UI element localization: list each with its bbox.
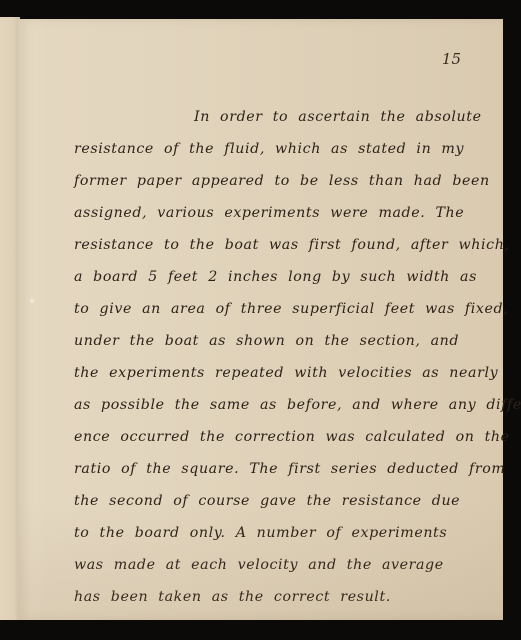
text-line: to the board only. A number of experimen… — [74, 517, 484, 549]
text-line: the experiments repeated with velocities… — [74, 357, 484, 389]
text-line: ence occurred the correction was calcula… — [74, 421, 484, 453]
text-line: was made at each velocity and the averag… — [74, 549, 484, 581]
binding-hole — [30, 299, 34, 303]
text-line: the second of course gave the resistance… — [74, 485, 484, 517]
text-line: ratio of the square. The first series de… — [74, 453, 484, 485]
handwritten-paragraph: In order to ascertain the absolute resis… — [74, 101, 484, 613]
manuscript-page: 15 In order to ascertain the absolute re… — [18, 19, 503, 620]
text-line: resistance to the boat was first found, … — [74, 229, 484, 261]
text-line: former paper appeared to be less than ha… — [74, 165, 484, 197]
text-line: a board 5 feet 2 inches long by such wid… — [74, 261, 484, 293]
text-line: In order to ascertain the absolute — [74, 101, 484, 133]
text-line: to give an area of three superficial fee… — [74, 293, 484, 325]
page-number: 15 — [442, 50, 461, 68]
text-line: as possible the same as before, and wher… — [74, 389, 484, 421]
text-line: resistance of the fluid, which as stated… — [74, 133, 484, 165]
text-line: has been taken as the correct result. — [74, 581, 484, 613]
text-line: assigned, various experiments were made.… — [74, 197, 484, 229]
previous-page-edge — [0, 17, 20, 620]
text-line: under the boat as shown on the section, … — [74, 325, 484, 357]
